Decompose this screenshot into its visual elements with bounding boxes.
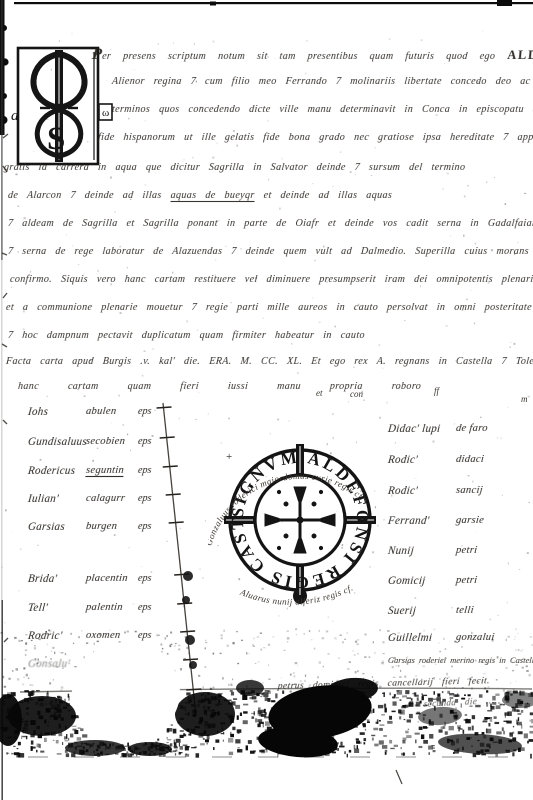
witness-title: de faro: [455, 423, 488, 434]
stray-word: m: [521, 394, 528, 404]
body-line: et a communione plenarie mouetur 7 regie…: [6, 302, 533, 313]
witness-title: eps: [137, 658, 151, 669]
underlined-phrase: aquas de bueyqr: [170, 190, 255, 202]
witness-name: Rodic': [387, 485, 418, 497]
confirmation-cross-icon: [186, 689, 201, 690]
body-line: 7 aldeam de Sagrilla et Sagrilla ponant …: [8, 218, 533, 229]
witness-name: Gonsalu': [27, 658, 70, 670]
ink-blot: [502, 692, 533, 708]
witness-see: conchen: [85, 658, 123, 669]
witness-title: eps: [137, 521, 151, 532]
ink-blot: [236, 680, 264, 696]
witness-title: gonzalui: [455, 632, 495, 643]
witness-row-bishop: Iulian'calagurreps: [28, 493, 208, 509]
witness-title: eps: [137, 406, 151, 417]
witness-row-bishop: Rodericusseguntineps: [28, 465, 208, 481]
witness-row-noble: Ferrand'garsie: [388, 515, 533, 531]
witness-name: Iohs: [27, 406, 48, 418]
rota-surround-top: Gonzaluus roderici maiordomus curie regi…: [208, 471, 367, 547]
witness-row-noble: Didac' lupide faro: [388, 423, 533, 439]
scan-left-edge: [0, 0, 9, 800]
stray-word: con: [350, 389, 363, 399]
ink-blot: [128, 742, 172, 756]
stray-word: et: [316, 388, 323, 398]
witness-row-noble: Rodic'didaci: [388, 454, 533, 470]
witness-name: Didac' lupi: [387, 423, 441, 435]
witness-title: eps: [137, 630, 151, 641]
witness-row-bishop: Brida'placentineps: [28, 573, 208, 589]
ink-blot: [438, 732, 523, 756]
witness-row-bishop: Gundisaluussecobieneps: [28, 436, 208, 452]
body-line: confirmo. Siquis vero hanc cartam restit…: [10, 274, 533, 285]
plica-notch: [72, 642, 180, 742]
alpha-letter: a: [11, 108, 19, 124]
witness-row-bishop: Rodric'oxomeneps: [28, 630, 208, 646]
stray-word: ff: [434, 386, 439, 396]
witness-see: seguntin: [85, 465, 124, 477]
witness-name: Nunij: [387, 545, 414, 557]
witness-name: Rodic': [387, 454, 418, 466]
witness-row-noble: Suerijtelli: [388, 605, 533, 621]
witness-row-noble: Rodic'sancij: [388, 485, 533, 501]
witness-title: petri: [455, 545, 477, 556]
body-line: gratis la carrera in aqua que dicitur Sa…: [4, 162, 466, 173]
ink-blot: [8, 696, 76, 736]
witness-title: petri: [455, 575, 477, 586]
witness-see: abulen: [85, 406, 117, 417]
body-line: 7 serna de rege laboratur de Alazuendas …: [8, 246, 533, 257]
witness-name: Ferrand': [387, 515, 430, 527]
chancery-line: petrus dominici regis cancellarij fieri …: [277, 676, 490, 692]
central-cross-icon: [265, 487, 335, 553]
chrismon-monogram: a ω S: [11, 48, 112, 164]
body-line: terminos quos concedendo dicte ville man…: [112, 104, 533, 115]
ink-blot: [0, 694, 22, 746]
rota-inner-circle: [255, 475, 345, 565]
witness-right-footer: Garsias roderici merino regis in Castell…: [388, 655, 533, 665]
chancery-fragment: secunda die …: [424, 695, 495, 709]
rota-arm-midlines: [226, 446, 374, 595]
witness-name: Tell': [27, 602, 48, 614]
rota-surround-bottom: Aluarus nunij alferiz regis cf.: [238, 582, 355, 606]
body-line: Alienor regina 7 cum filio meo Ferrando …: [112, 76, 533, 87]
witness-title: garsie: [455, 515, 484, 526]
scan-top-border: [14, 0, 533, 6]
witness-row-bishop: Gonsalu'concheneps: [28, 658, 208, 674]
body-line: Facta carta apud Burgis .v. kal' die. ER…: [6, 356, 533, 367]
witness-title: eps: [137, 436, 151, 447]
body-line: de Alarcon 7 deinde ad illas aquas de bu…: [8, 190, 393, 201]
witness-name: Suerij: [387, 605, 416, 617]
witness-see: palentin: [85, 602, 123, 613]
witness-see: oxomen: [85, 630, 121, 641]
witness-title: sancij: [455, 485, 483, 496]
rota-outer-circle: [230, 450, 370, 590]
king-name: ALDEFONSUS: [507, 48, 533, 62]
witness-row-noble: Nunijpetri: [388, 545, 533, 561]
ink-blot: [175, 692, 235, 736]
royal-rota-seal: SIGNVM ALDEFONSI REGIS CASTELLE Gonzaluu…: [208, 430, 392, 620]
witness-title: eps: [137, 573, 151, 584]
witness-name: Garsias: [27, 521, 65, 533]
witness-name: Gomicij: [387, 575, 426, 587]
body-line: Per presens scriptum notum sit tam prese…: [91, 46, 533, 64]
body-line: 7 hoc dampnum pectavit duplicatum quam f…: [8, 330, 366, 341]
witness-row-noble: Gomicijpetri: [388, 575, 533, 591]
witness-title: eps: [137, 602, 151, 613]
charter-scan-page: a ω S Per presens scriptum notum sit tam…: [0, 0, 533, 800]
body-line: fide hispanorum ut ille gelatis fide bon…: [98, 132, 533, 143]
witness-row-noble: Guillelmigonzalui: [388, 632, 533, 648]
witness-name: Rodericus: [27, 465, 76, 477]
witness-row-bishop: Iohsabuleneps: [28, 406, 208, 422]
witness-title: telli: [455, 605, 474, 616]
witness-name: Guillelmi: [387, 632, 433, 644]
witness-name: Iulian': [27, 493, 59, 505]
witness-name: Rodric': [27, 630, 63, 642]
witness-row-bishop: Garsiasburgeneps: [28, 521, 208, 537]
witness-see: calagurr: [85, 493, 125, 504]
ink-blot: [257, 724, 339, 761]
witness-title: eps: [137, 465, 151, 476]
margin-pen-marks: [2, 134, 8, 642]
witness-name: Gundisaluus: [27, 436, 87, 448]
rota-cross-arms: [224, 444, 376, 604]
omega-letter: ω: [102, 107, 109, 119]
rota-ring-legend: SIGNVM ALDEFONSI REGIS CASTELLE: [208, 430, 372, 592]
witness-see: placentin: [85, 573, 128, 584]
small-cross-mark: +: [226, 451, 232, 463]
witness-title: didaci: [455, 454, 484, 465]
witness-name: Brida': [27, 573, 57, 585]
ink-blot: [65, 740, 125, 756]
witness-title: eps: [137, 493, 151, 504]
witness-row-bishop: Tell'palentineps: [28, 602, 208, 618]
sigma-letter: S: [47, 121, 65, 157]
witness-see: burgen: [85, 521, 117, 532]
witness-see: secobien: [85, 436, 125, 447]
